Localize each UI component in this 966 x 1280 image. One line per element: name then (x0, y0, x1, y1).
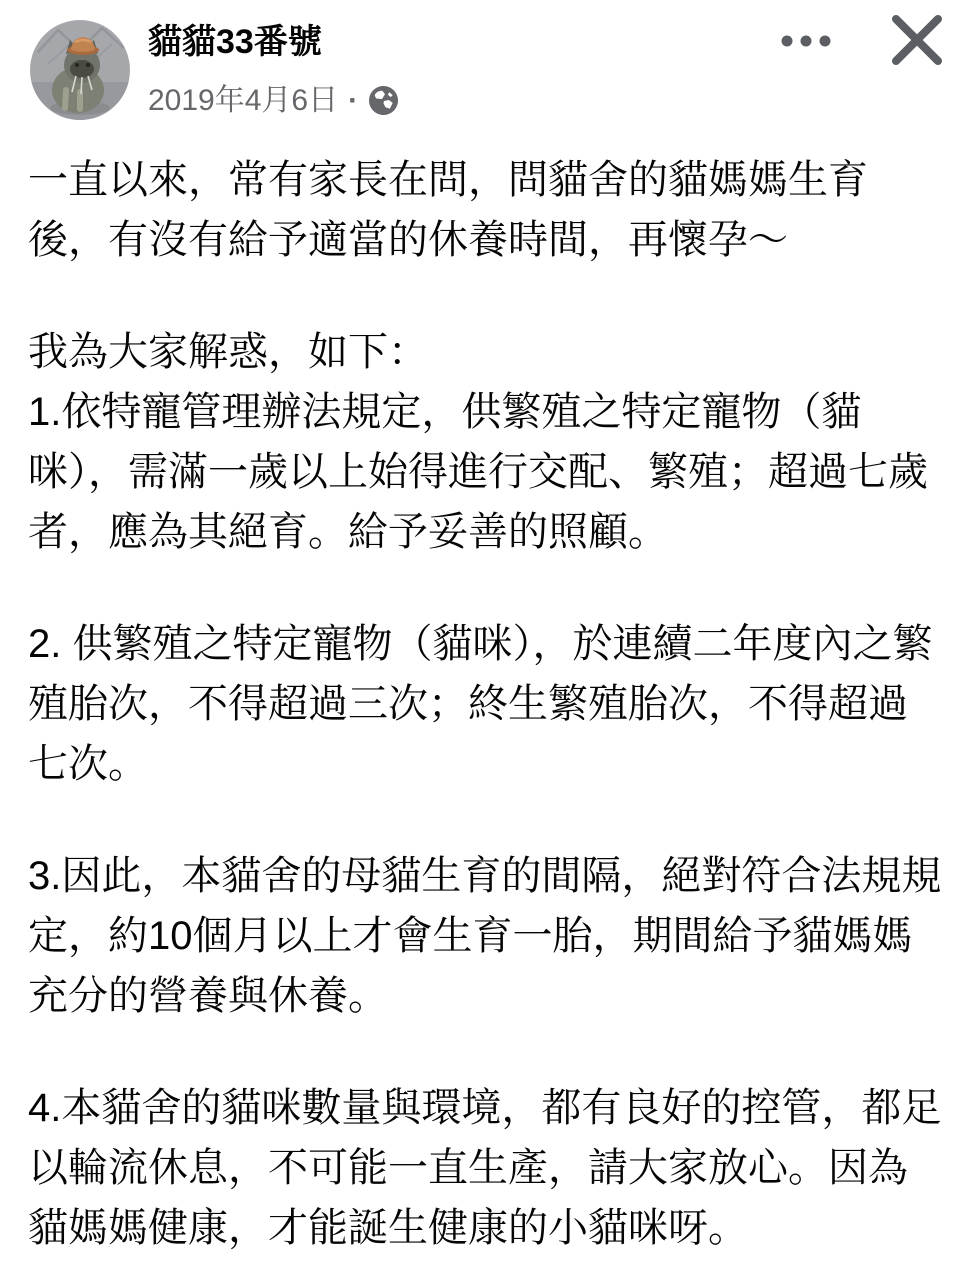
post-body: 一直以來，常有家長在問，問貓舍的貓媽媽生育後，有沒有給予適當的休養時間，再懷孕～… (28, 150, 947, 1258)
post-meta: 2019年4月6日 · (148, 84, 399, 117)
post-paragraph-4: 3.因此，本貓舍的母貓生育的間隔，絕對符合法規規定，約10個月以上才會生育一胎，… (28, 846, 947, 1026)
author-name[interactable]: 貓貓33番號 (148, 22, 322, 63)
ellipsis-icon (776, 31, 836, 51)
meta-separator: · (348, 84, 358, 117)
post-paragraph-3: 2. 供繁殖之特定寵物（貓咪），於連續二年度內之繁殖胎次，不得超過三次；終生繁殖… (28, 614, 947, 794)
more-options-button[interactable] (772, 18, 840, 64)
close-button[interactable] (882, 8, 952, 72)
cat-avatar-illustration (30, 20, 130, 120)
avatar[interactable] (30, 20, 130, 120)
post-paragraph-2: 我為大家解惑，如下： 1.依特寵管理辦法規定，供繁殖之特定寵物（貓咪），需滿一歲… (28, 322, 947, 562)
globe-icon (368, 85, 399, 116)
facebook-post-view: 貓貓33番號 2019年4月6日 · 一直以來，常有家長在問，問貓舍的貓媽媽生育… (0, 0, 966, 1280)
close-icon (891, 15, 943, 65)
post-date[interactable]: 2019年4月6日 (148, 84, 338, 117)
post-paragraph-1: 一直以來，常有家長在問，問貓舍的貓媽媽生育後，有沒有給予適當的休養時間，再懷孕～ (28, 150, 947, 270)
post-paragraph-5: 4.本貓舍的貓咪數量與環境，都有良好的控管，都足以輪流休息，不可能一直生產，請大… (28, 1078, 947, 1258)
